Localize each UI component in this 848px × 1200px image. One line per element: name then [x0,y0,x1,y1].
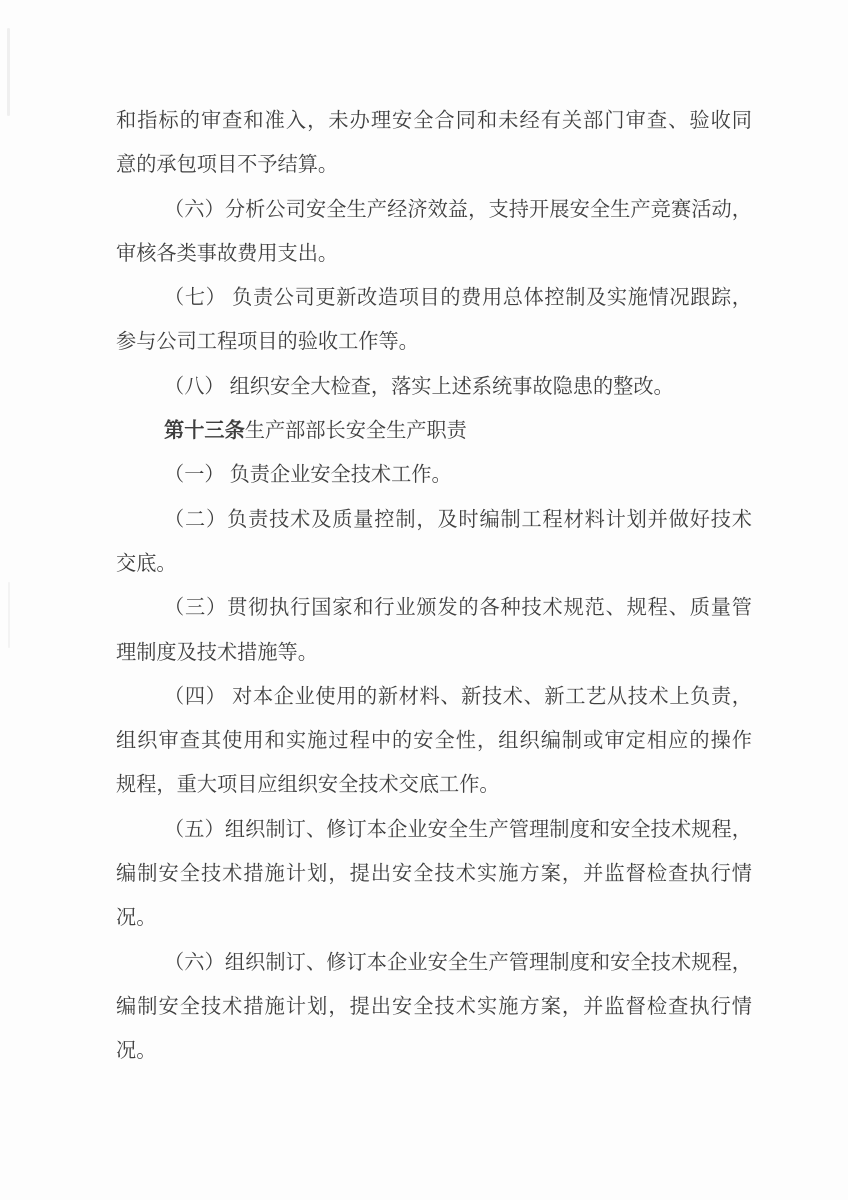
clause-6-line: （六）分析公司安全生产经济效益，支持开展安全生产竞赛活动， [116,188,752,232]
text-line: 交底。 [116,542,752,586]
clause-5-line: （五）组织制订、修订本企业安全生产管理制度和安全技术规程， [116,808,752,852]
text-line: 编制安全技术措施计划，提出安全技术实施方案，并监督检查执行情 [116,852,752,896]
clause-8-line: （八） 组织安全大检查，落实上述系统事故隐患的整改。 [116,365,752,409]
text-line: 和指标的审查和准入，未办理安全合同和未经有关部门审查、验收同 [116,99,752,143]
article-number: 第十三条 [164,420,245,442]
text-line: 组织审查其使用和实施过程中的安全性，组织编制或审定相应的操作 [116,719,752,763]
clause-4-line: （四） 对本企业使用的新材料、新技术、新工艺从技术上负责， [116,675,752,719]
scan-streak-artifact [7,28,10,116]
text-line: 审核各类事故费用支出。 [116,232,752,276]
text-line: 编制安全技术措施计划，提出安全技术实施方案，并监督检查执行情 [116,985,752,1029]
text-line: 理制度及技术措施等。 [116,631,752,675]
article-title: 生产部部长安全生产职责 [245,420,467,442]
text-line: 况。 [116,896,752,940]
scan-streak-artifact [8,582,10,648]
clause-3-line: （三）贯彻执行国家和行业颁发的各种技术规范、规程、质量管 [116,586,752,630]
article-13-heading: 第十三条生产部部长安全生产职责 [116,409,752,453]
clause-1-line: （一） 负责企业安全技术工作。 [116,453,752,497]
text-line: 参与公司工程项目的验收工作等。 [116,320,752,364]
clause-2-line: （二）负责技术及质量控制，及时编制工程材料计划并做好技术 [116,498,752,542]
document-text-block: 和指标的审查和准入，未办理安全合同和未经有关部门审查、验收同 意的承包项目不予结… [116,99,752,1074]
document-page: 和指标的审查和准入，未办理安全合同和未经有关部门审查、验收同 意的承包项目不予结… [0,0,848,1200]
text-line: 况。 [116,1029,752,1073]
text-line: 意的承包项目不予结算。 [116,143,752,187]
clause-6b-line: （六）组织制订、修订本企业安全生产管理制度和安全技术规程， [116,941,752,985]
clause-7-line: （七） 负责公司更新改造项目的费用总体控制及实施情况跟踪， [116,276,752,320]
text-line: 规程，重大项目应组织安全技术交底工作。 [116,763,752,807]
